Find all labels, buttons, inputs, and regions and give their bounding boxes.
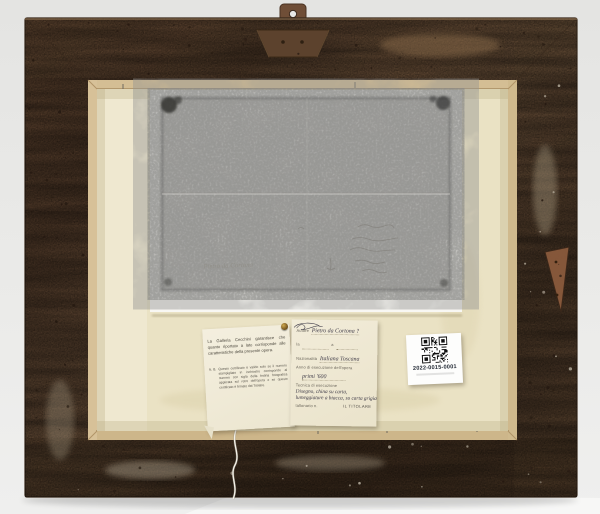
qr-id: 2022-0015-0001 [407, 364, 462, 372]
year-value: primi '600 [302, 373, 345, 380]
dim-label-1: la [296, 342, 299, 346]
footer-titolare-label: IL TITOLARE [343, 404, 371, 409]
brass-pin [281, 323, 288, 330]
qr-fine-print [416, 372, 454, 376]
dim-label-2: a [331, 343, 333, 347]
form-row-year: Anno di esecuzione dell'opera primi '600 [296, 365, 372, 382]
scene-art [0, 0, 600, 514]
photo-of-frame-back: Pietro da Cortona La Galleria Cecchini g… [0, 0, 600, 514]
form-footer: tallonario n. IL TITOLARE [295, 404, 371, 409]
certificate-body-text: La Galleria Cecchini garantisce che quan… [207, 334, 286, 356]
photocopy-print [150, 90, 462, 317]
certificate-card: La Galleria Cecchini garantisce che quan… [202, 325, 295, 432]
qr-code-icon [421, 336, 448, 363]
certificate-nb-label: N. B. [209, 367, 218, 390]
form-card: Autore Pietro da Cortona ? la a Nazional… [290, 319, 377, 426]
form-row-technique: Tecnica di esecuzione Disegno, china su … [296, 383, 372, 401]
nationality-label: Nazionalità [296, 357, 317, 362]
signature [292, 321, 324, 334]
form-row-dimensions: la a [296, 337, 372, 350]
nationality-value: Italiana Toscana [320, 356, 360, 363]
certificate-note: N. B. Questo certificato è valido solo s… [209, 363, 288, 390]
crease-line [162, 193, 450, 194]
footer-left-label: tallonario n. [295, 404, 317, 409]
form-row-nationality: Nazionalità Italiana Toscana [296, 352, 372, 364]
qr-sticker: 2022-0015-0001 [406, 333, 463, 385]
technique-line2: lumeggiature a biacca, su carta grigia [296, 394, 372, 401]
certificate-note-text: Questo certificato è valido solo se il n… [218, 363, 288, 390]
hanger-plate [257, 30, 329, 57]
